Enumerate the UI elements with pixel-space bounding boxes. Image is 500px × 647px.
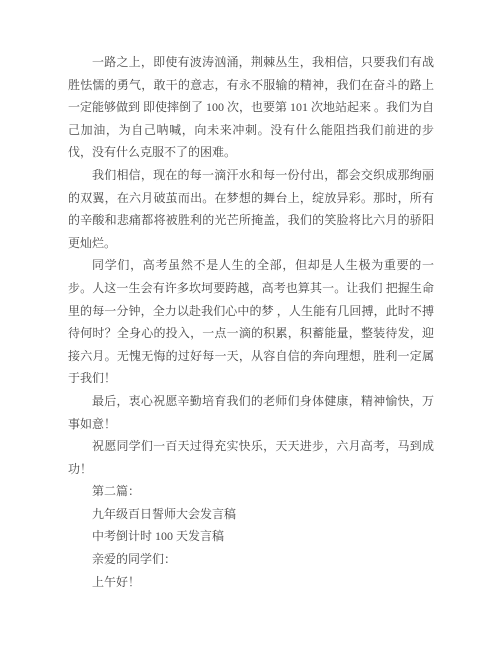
salutation-line: 亲爱的同学们： [68,548,434,571]
document-page: 一路之上，即使有波涛汹涌，荆棘丛生，我相信，只要我们有战胜怯懦的勇气，敢干的意志… [0,0,500,647]
paragraph-road-ahead: 一路之上，即使有波涛汹涌，荆棘丛生，我相信，只要我们有战胜怯懦的勇气，敢干的意志… [68,51,434,164]
paragraph-wish-students: 祝愿同学们一百天过得充实快乐，天天进步，六月高考，马到成功！ [68,435,434,480]
section-two-title: 九年级百日誓师大会发言稿 [68,503,434,526]
section-two-label: 第二篇： [68,480,434,503]
greeting-line: 上午好！ [68,571,434,594]
paragraph-we-believe: 我们相信，现在的每一滴汗水和每一份付出，都会交织成那绚丽的双翼，在六月破茧而出。… [68,164,434,254]
paragraph-wish-teachers: 最后，衷心祝愿辛勤培育我们的老师们身体健康，精神愉快，万事如意！ [68,390,434,435]
section-two-subtitle: 中考倒计时 100 天发言稿 [68,525,434,548]
paragraph-classmates-gaokao: 同学们，高考虽然不是人生的全部，但却是人生极为重要的一步。人这一生会有许多坎坷要… [68,254,434,390]
document-text-body: 一路之上，即使有波涛汹涌，荆棘丛生，我相信，只要我们有战胜怯懦的勇气，敢干的意志… [68,51,434,593]
